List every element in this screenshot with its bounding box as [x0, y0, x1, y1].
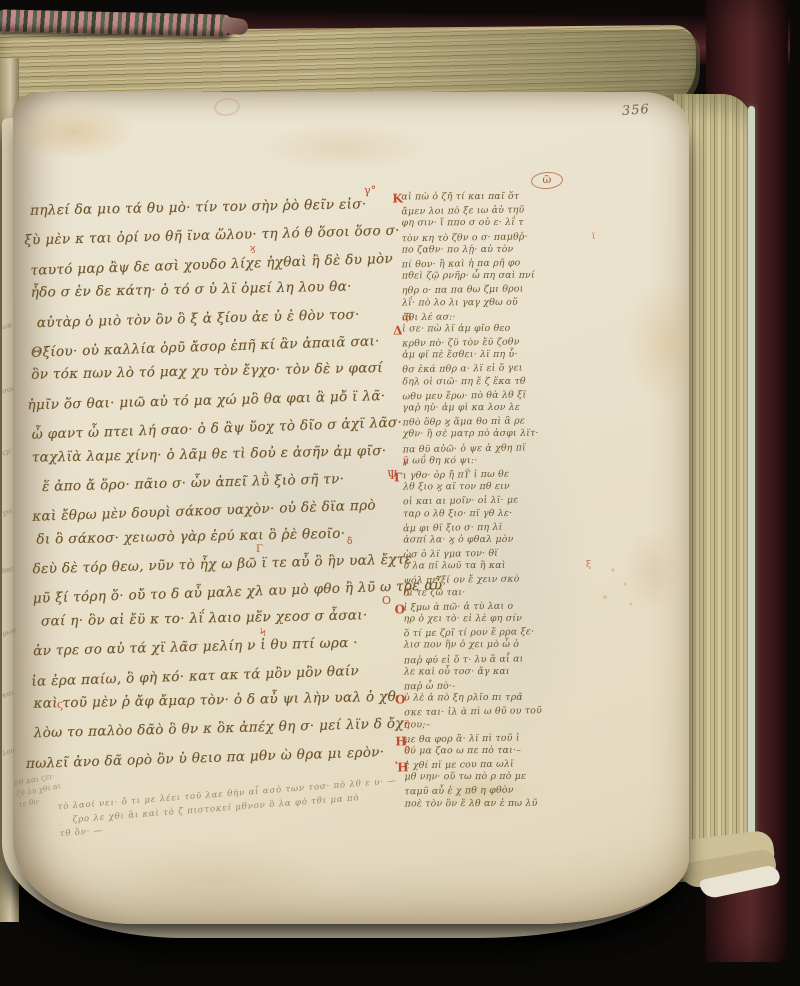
main-text-column: πηλεί δα μιο τά θυ μὸ· τίν τον σὴν ῥὸ θε… — [30, 196, 396, 774]
scholia-text: παῤ ὦ πὸ·- — [404, 680, 456, 692]
gutter-fragment: ϛμ — [1, 447, 12, 457]
red-margin-mark: γ° — [364, 184, 376, 197]
scholia-text: χθν· ἢ σὲ ματρ πὸ ἀσφι λϊτ· — [403, 428, 539, 440]
scholia-text: λε καὶ οὗ τοσ· ἄγ και — [404, 666, 510, 678]
scholia-text: θσ ἑκά πθρ α· λϊ εἰ ὅ γει — [402, 363, 522, 376]
scholia-line: οἵ τε ζῶ ται· Δ̃ — [403, 586, 581, 600]
scholia-line: Οὑ λὲ ἀ πὸ ξη ρλϊο πι τρᾶ — [404, 692, 582, 706]
red-initial: Ο — [394, 602, 403, 616]
scholia-line: θύ μα ζαο ω πε πὸ ται·– θ̃ — [404, 744, 582, 758]
scholia-text: ωθυ μευ ἔρω· πὸ θὰ λθ ξϊ — [402, 389, 526, 402]
scholia-text: αἱ πὼ ὁ ζῆ τί και παῖ ὅτ — [401, 191, 519, 203]
scholia-text: λΐ· πὸ λο λι γαγ χθω οὕ — [402, 296, 518, 308]
scholia-line: ταρ ο λθ ξιο· πϊ γθ λε· — [403, 507, 581, 521]
scholia-text: ι γθο· ὀρ ἤ πϔ ἱ πω θε — [403, 469, 510, 482]
scholia-text: τὸν κη τὸ ζθν ο σ· παμθῤ· — [402, 231, 528, 244]
red-initial: Δ — [393, 323, 402, 337]
red-section-number: γ̃ — [403, 455, 409, 466]
scholia-text: παῤ φύ εἰ ὅ τ· λυ ἃ αἶ αι — [404, 653, 524, 666]
scholia-line: χθν· ἢ σὲ ματρ πὸ ἀσφι λϊτ· — [403, 428, 581, 442]
scholia-text: οἵ τε ζῶ ται· — [403, 587, 465, 598]
scholia-line: λθ ξιο ϗ αϊ τον πθ ειν — [403, 481, 581, 495]
scholia-text: πί θον· ἣ καὶ ἡ πα ρῆ φο — [402, 257, 521, 270]
red-margin-mark: ξ — [586, 560, 591, 570]
board-edge-strip — [748, 106, 755, 868]
scholia-line: πο ζαθν· πο λᾐ· αὐ τὸν — [402, 243, 580, 257]
scholia-text: ἀμ φι θϊ ξιο σ· πη λϊ — [403, 521, 502, 534]
gutter-fragment: χει — [1, 507, 14, 518]
scholia-text: ηρ ὁ χει τὸ· εἰ λὲ φη σίν — [404, 613, 523, 625]
red-section-number: Δ̃ — [403, 587, 410, 598]
scholia-text: με θα φορ ἃ· λϊ πὶ τοῦ ἱ — [404, 732, 520, 745]
gutter-fragment: σοι — [1, 384, 15, 395]
gutter-fragment: μων — [1, 626, 17, 638]
red-section-number: ιβ̃ — [402, 312, 412, 323]
scholia-line: λε καὶ οὗ τοσ· ἄγ και — [404, 665, 582, 679]
gutter-fragment: λον — [1, 746, 16, 758]
scholia-text: γαῤ ηὐ· ἀμ φὶ κα λον λε — [402, 402, 520, 414]
scholia-text: ψόλ πε ξί ον ἔ χειν σκὸ — [403, 574, 519, 587]
folio-number: 356 — [622, 102, 651, 119]
scholia-text: πο ζαθν· πο λᾐ· αὐ τὸν — [402, 244, 514, 256]
scholia-text: ἱ ξμω ὰ πῶ· ἀ τὺ λαι ο — [403, 600, 513, 613]
scholia-text: πα θϋ αὐῶ· ὀ ψε ἁ χθη πϊ — [403, 442, 526, 455]
red-margin-mark: ϊ — [592, 232, 595, 241]
scholia-text: οἱ και αι μοῖν· οἱ λϊ· με — [403, 495, 519, 508]
scholia-text: πθεὶ ζῷ ρνῆρ· ὦ πη σαὶ πνί — [402, 270, 535, 282]
scholia-text: ἄμεν λοι πὸ ξε ιω ἀὐ τηῦ — [401, 205, 524, 218]
scholia-line: δηλ οἱ σιῶ· πη ἔ ζ ἕκα τθ — [402, 375, 580, 389]
red-initial: Ο — [395, 693, 404, 707]
scholia-line: ΰ λα πϊ λωϋ τα ἣ καὶ — [403, 560, 581, 574]
scholia-text: ἰ σε· πὼ λϊ ἀμ φῖο θεο — [402, 323, 510, 335]
scholia-text: σκε ται· ἰλ ὰ πὶ ω θῦ ου τοῦ — [404, 705, 542, 718]
red-initial: Κ — [392, 191, 401, 205]
red-margin-mark: Γ — [256, 544, 263, 555]
scholia-text: ὅ τί με ζρῖ τί ρον ἔ ρρα ξε· — [404, 626, 535, 639]
scholia-line: ἀσπί λα· ϗ ὀ φθαλ μὸν — [403, 533, 581, 547]
red-section-number: θ̃ — [404, 745, 410, 756]
red-margin-mark: ϛ — [57, 698, 63, 711]
red-initial: Η — [395, 734, 404, 748]
scholia-line: Δἰ σε· πὼ λϊ ἀμ φῖο θεο — [402, 322, 580, 336]
red-margin-mark: Ϟ — [260, 628, 266, 639]
scholia-text: ΰ λα πϊ λωϋ τα ἣ καὶ — [403, 560, 505, 572]
scholia-line: που;– ϛ̃ — [404, 718, 582, 732]
scholia-text: πθὸ ὅθρ ϗ ἅμα θο πὶ ἃ ρε — [403, 416, 526, 429]
gutter-text-fragments: ωκσοιϛμχειθαιμωνκαιλον — [0, 0, 20, 986]
red-section-number: ϛ̃ — [404, 719, 410, 730]
scholia-text: ἀμ φϊ πὲ ἔσθει· λϊ πη ὗ· — [402, 349, 517, 361]
scholia-text: κρθν πὸ· ζϋ τὸν ἔϋ ζοθν — [402, 337, 520, 350]
red-margin-mark: ϗ — [250, 244, 256, 254]
red-margin-mark: δ̀ — [347, 537, 352, 547]
scholia-text: ὡσ ὁ λϊ γμα τον· θϊ — [403, 548, 498, 560]
scholia-column: Καἱ πὼ ὁ ζῆ τί και παῖ ὅτἄμεν λοι πὸ ξε … — [401, 191, 582, 812]
scholia-line: μ ωΰ θη κό ψι:· γ̃ — [403, 454, 581, 468]
red-intercolumn-mark: Ψ — [387, 468, 398, 482]
scholia-text: λισ πον ἢν ὁ χει μὸ ὧ ὁ — [404, 639, 519, 651]
scholia-text: ὑ λὲ ἀ πὸ ξη ρλϊο πι τρᾶ — [404, 692, 523, 704]
scholia-text: θύ μα ζαο ω πε πὸ ται·– — [404, 745, 521, 757]
scholia-line: ἀμ φϊ πὲ ἔσθει· λϊ πη ὗ· — [402, 349, 580, 363]
red-initial: Ἡ — [395, 760, 404, 774]
manuscript-photo: 356 ῶ πηλεί δα μιο τά θυ μὸ· τίν τον σὴν… — [0, 0, 800, 986]
scholia-line: ηρ ὁ χει τὸ· εἰ λὲ φη σίν — [404, 613, 582, 627]
gutter-fragment: και — [1, 688, 15, 699]
scholia-text: δηλ οἱ σιῶ· πη ἔ ζ ἕκα τθ — [402, 375, 525, 387]
scholia-text: λθ ξιο ϗ αϊ τον πθ ειν — [403, 481, 510, 493]
scholia-line: γαῤ ηὐ· ἀμ φὶ κα λον λε — [402, 402, 580, 416]
scholia-text: ηθρ ο· πα πα θω ζμι θροι — [402, 284, 524, 297]
scholia-line: φη σιν· ἵ ππο σ οὐ ε· λΐ τ — [402, 217, 580, 231]
gutter-fragment: θαι — [1, 564, 15, 575]
scholia-text: φη σιν· ἵ ππο σ οὐ ε· λΐ τ — [402, 217, 524, 229]
red-intercolumn-mark: Ο — [382, 594, 391, 607]
scholia-line: λΐ· πὸ λο λι γαγ χθω οὕ — [402, 296, 580, 310]
scholia-text: ἀσπί λα· ϗ ὀ φθαλ μὸν — [403, 534, 513, 546]
scholia-line: Καἱ πὼ ὁ ζῆ τί και παῖ ὅτ — [401, 191, 579, 205]
scholia-text: μ ωΰ θη κό ψι:· — [403, 455, 478, 466]
gutter-fragment: ωκ — [1, 321, 13, 332]
scholia-line: πθεὶ ζῷ ρνῆρ· ὦ πη σαὶ πνί — [402, 270, 580, 284]
scholia-line: λισ πον ἢν ὁ χει μὸ ὧ ὁ — [404, 639, 582, 653]
scholia-text: ταρ ο λθ ξιο· πϊ γθ λε· — [403, 507, 512, 519]
